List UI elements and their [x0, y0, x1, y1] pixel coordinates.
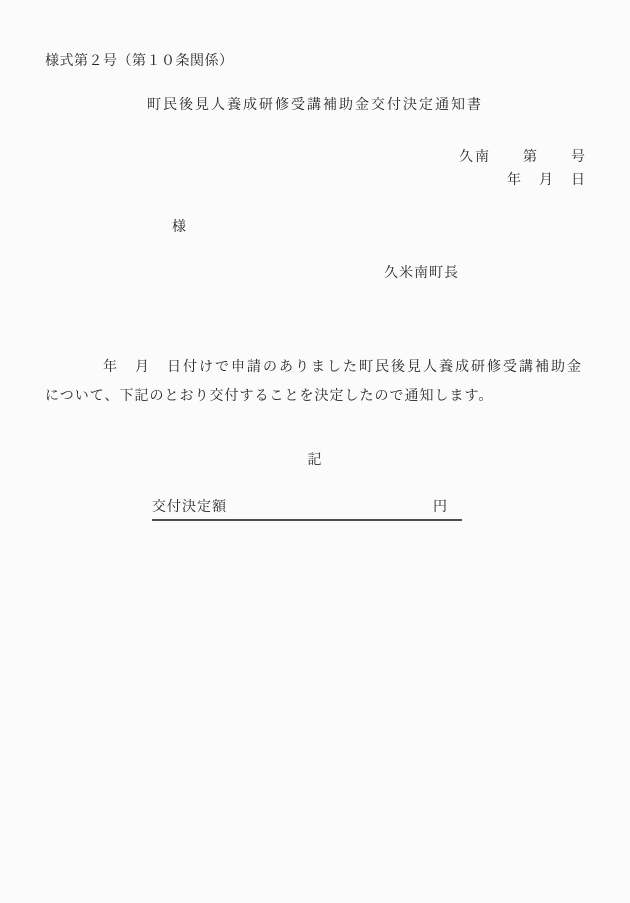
amount-label: 交付決定額 [152, 500, 227, 516]
grant-amount-field: 交付決定額 円 [152, 500, 462, 521]
page-title: 町民後見人養成研修受講補助金交付決定通知書 [0, 98, 630, 114]
body-paragraph-line-2: について、下記のとおり交付することを決定したので通知します。 [45, 389, 590, 405]
reference-number-line: 久南 第 号 [459, 150, 587, 166]
date-line: 年 月 日 [507, 173, 587, 189]
form-number: 様式第２号（第１０条関係） [45, 54, 234, 70]
body-paragraph-line-1: 年 月 日付けで申請のありました町民後見人養成研修受講補助金 [45, 360, 590, 376]
document-page: 様式第２号（第１０条関係） 町民後見人養成研修受講補助金交付決定通知書 久南 第… [0, 0, 630, 903]
note-heading: 記 [0, 453, 630, 469]
sender-title: 久米南町長 [384, 266, 459, 282]
amount-unit-yen: 円 [433, 500, 447, 516]
addressee-suffix: 様 [172, 220, 187, 236]
